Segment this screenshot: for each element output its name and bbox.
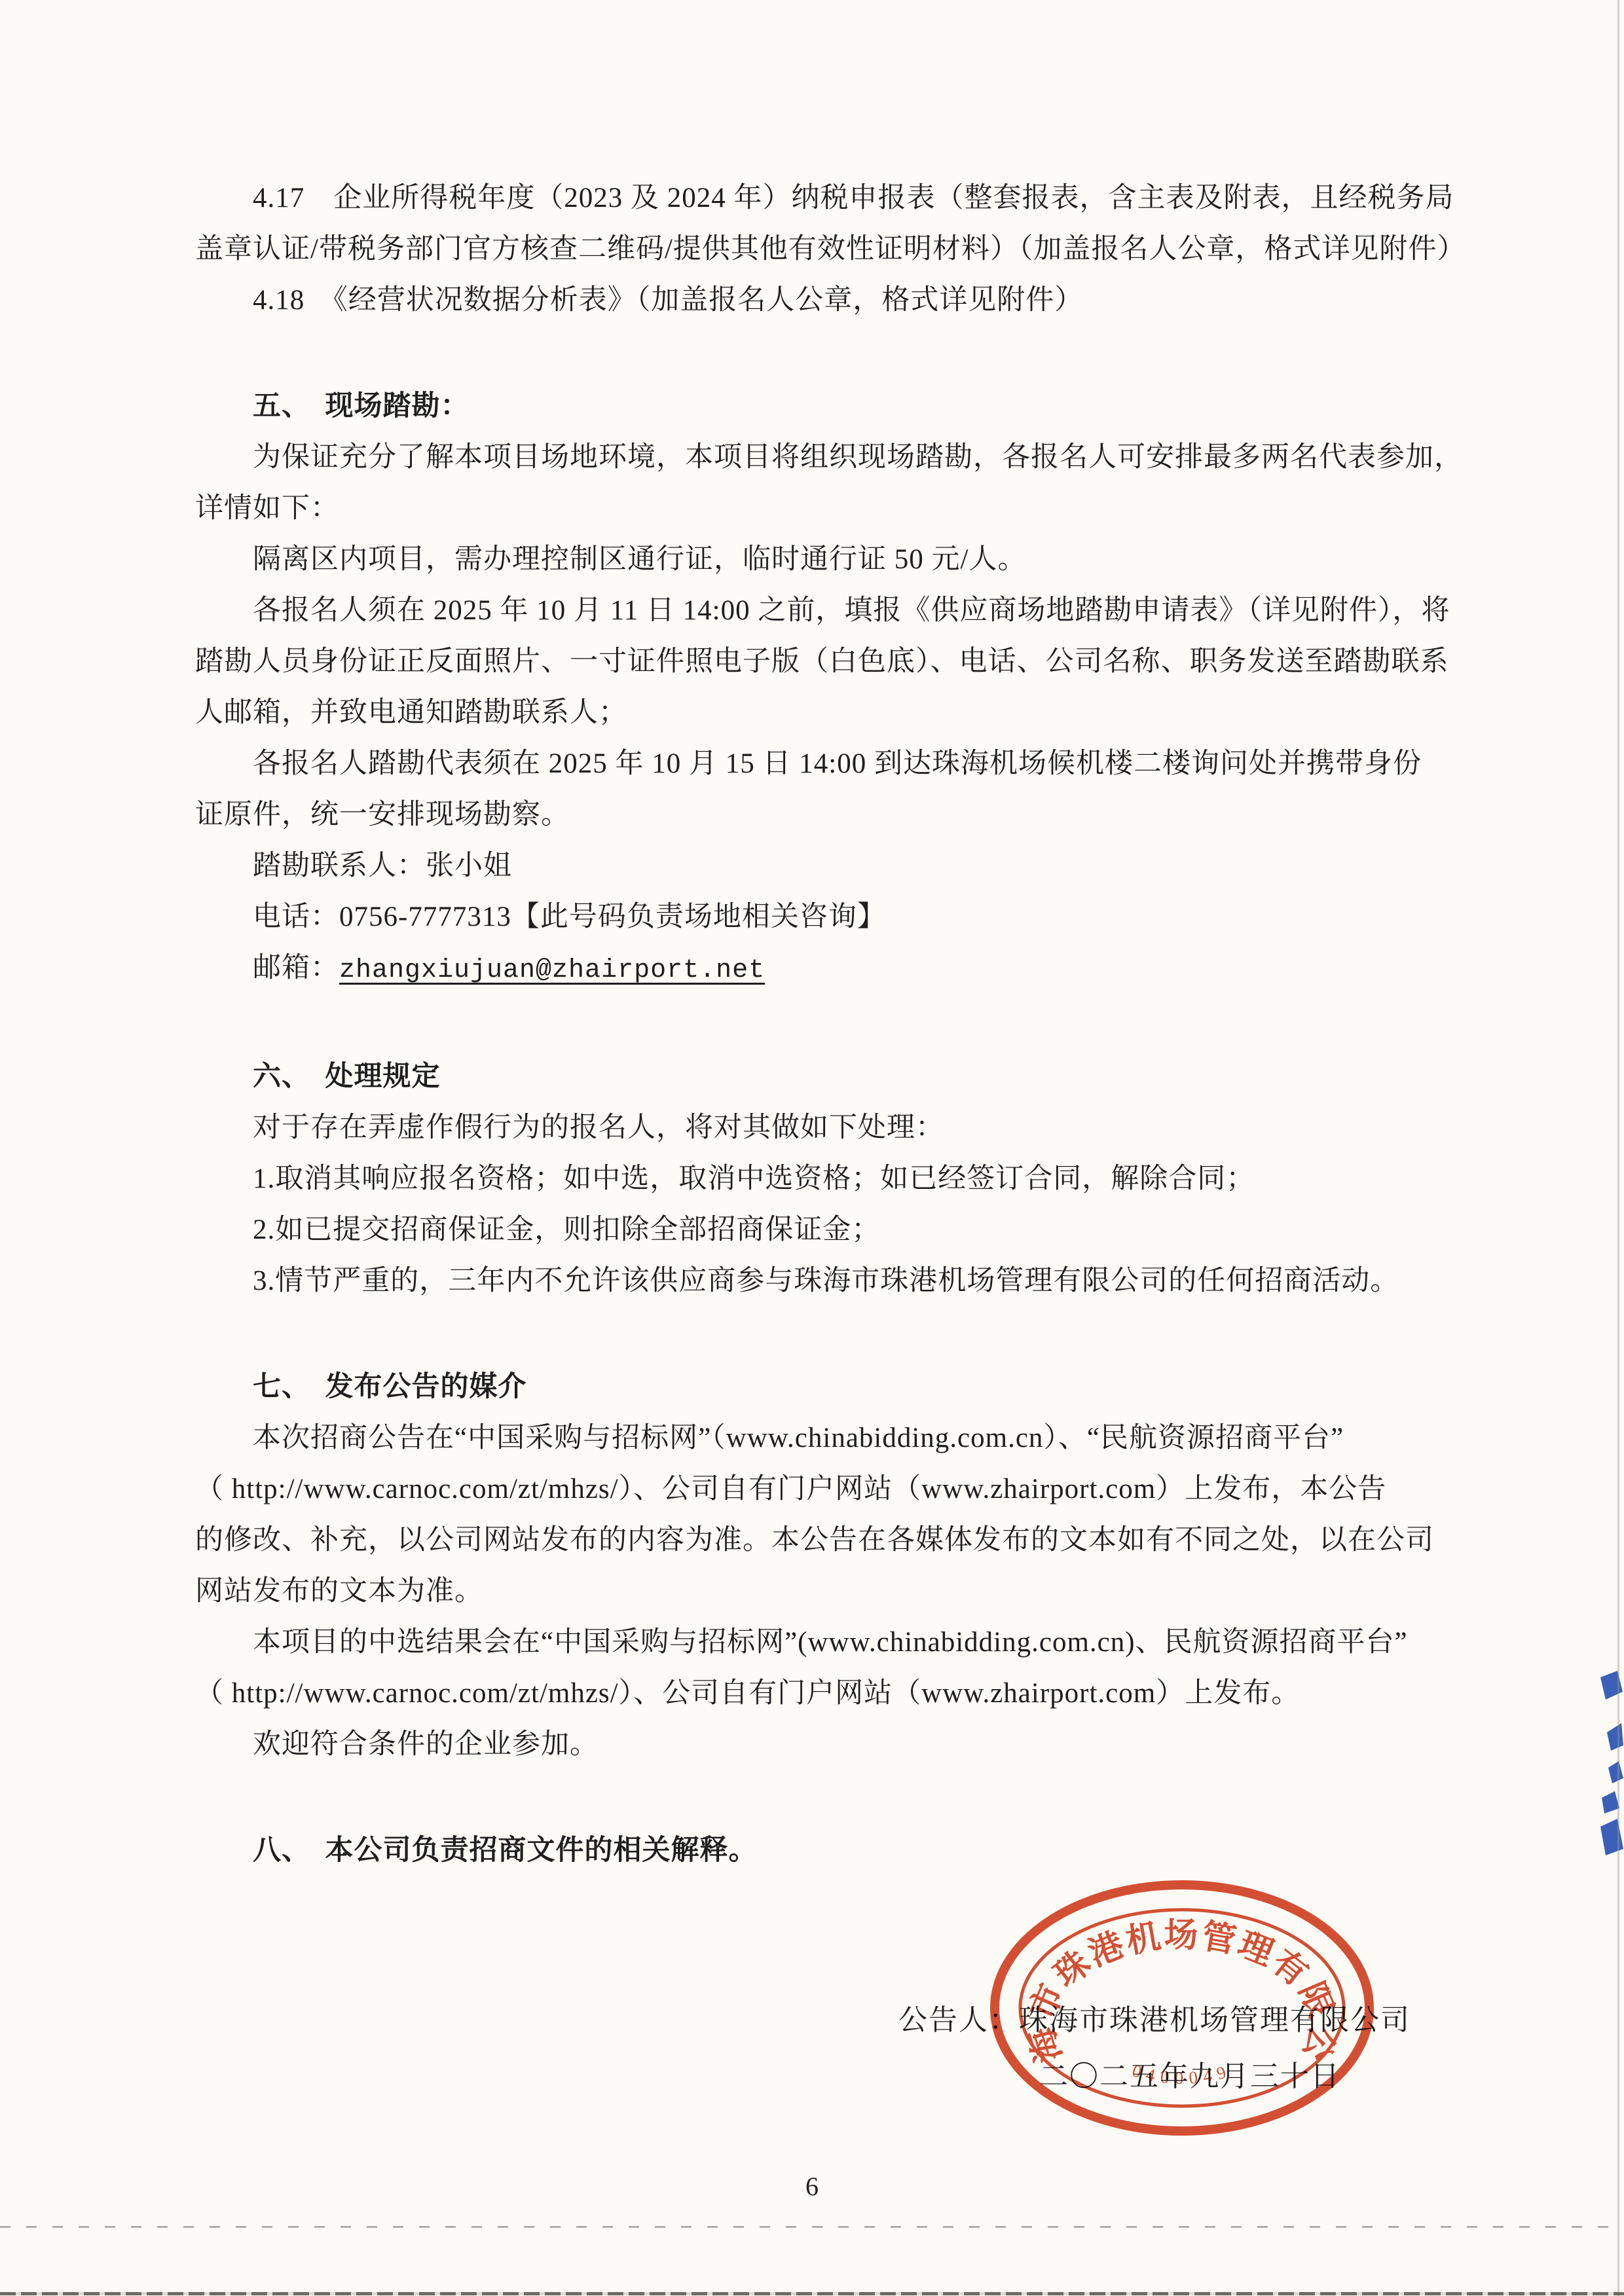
email-address: zhangxiujuan@zhairport.net <box>339 956 765 985</box>
scan-artifact-bottom-edge <box>0 2292 1624 2295</box>
seal-serial-number: 0400049 <box>1130 2060 1234 2088</box>
section-8-heading: 八、 本公司负责招商文件的相关解释。 <box>195 1825 1433 1876</box>
document-line: 踏勘人员身份证正反面照片、一寸证件照电子版（白色底）、电话、公司名称、职务发送至… <box>195 636 1433 687</box>
company-seal-stamp: 珠海市珠港机场管理有限公司 0400049 <box>986 1878 1378 2138</box>
scan-artifact-dashed-line <box>0 2226 1624 2228</box>
section-7-heading: 七、 发布公告的媒介 <box>195 1362 1433 1413</box>
document-line: 本次招商公告在“中国采购与招标网”（www.chinabidding.com.c… <box>195 1413 1433 1464</box>
document-body: 4.17 企业所得税年度（2023 及 2024 年）纳税申报表（整套报表，含主… <box>0 0 1624 1876</box>
document-line: 证原件，统一安排现场勘察。 <box>195 790 1433 841</box>
line-item-4-17-cont: 盖章认证/带税务部门官方核查二维码/提供其他有效性证明材料）（加盖报名人公章，格… <box>195 224 1433 275</box>
penalty-item-3: 3.情节严重的，三年内不允许该供应商参与珠海市珠港机场管理有限公司的任何招商活动… <box>195 1256 1433 1307</box>
penalty-item-2: 2.如已提交招商保证金，则扣除全部招商保证金； <box>195 1205 1433 1256</box>
scan-artifact-vertical-line <box>1617 0 1619 2296</box>
line-item-4-17: 4.17 企业所得税年度（2023 及 2024 年）纳税申报表（整套报表，含主… <box>195 173 1433 224</box>
document-line: 欢迎符合条件的企业参加。 <box>195 1719 1433 1770</box>
penalty-item-1: 1.取消其响应报名资格；如中选，取消中选资格；如已经签订合同，解除合同； <box>195 1154 1433 1205</box>
document-line: 人邮箱，并致电通知踏勘联系人； <box>195 687 1433 738</box>
document-line: 对于存在弄虚作假行为的报名人，将对其做如下处理： <box>195 1102 1433 1154</box>
document-line: 详情如下： <box>195 483 1433 534</box>
document-line: （ http://www.carnoc.com/zt/mhzs/）、公司自有门户… <box>195 1464 1433 1515</box>
page-number: 6 <box>0 2171 1624 2202</box>
document-line: 本项目的中选结果会在“中国采购与招标网”(www.chinabidding.co… <box>195 1617 1433 1668</box>
phone-line: 电话：0756-7777313【此号码负责场地相关咨询】 <box>195 892 1433 943</box>
line-item-4-18: 4.18 《经营状况数据分析表》（加盖报名人公章，格式详见附件） <box>195 275 1433 326</box>
document-line: 各报名人须在 2025 年 10 月 11 日 14:00 之前，填报《供应商场… <box>195 585 1433 636</box>
document-line: 隔离区内项目，需办理控制区通行证，临时通行证 50 元/人。 <box>195 534 1433 585</box>
section-6-heading: 六、 处理规定 <box>195 1051 1433 1102</box>
section-5-heading: 五、 现场踏勘： <box>195 381 1433 432</box>
document-page: 4.17 企业所得税年度（2023 及 2024 年）纳税申报表（整套报表，含主… <box>0 0 1624 2296</box>
document-line: 为保证充分了解本项目场地环境，本项目将组织现场踏勘，各报名人可安排最多两名代表参… <box>195 432 1433 483</box>
blue-ink-marks <box>1595 1669 1624 1866</box>
email-label: 邮箱： <box>253 953 339 983</box>
document-line: 各报名人踏勘代表须在 2025 年 10 月 15 日 14:00 到达珠海机场… <box>195 738 1433 790</box>
email-line: 邮箱：zhangxiujuan@zhairport.net <box>195 943 1433 996</box>
svg-text:0400049: 0400049 <box>1130 2060 1234 2088</box>
survey-contact-line: 踏勘联系人：张小姐 <box>195 841 1433 892</box>
document-line: （ http://www.carnoc.com/zt/mhzs/）、公司自有门户… <box>195 1668 1433 1719</box>
document-line: 网站发布的文本为准。 <box>195 1566 1433 1617</box>
document-line: 的修改、补充，以公司网站发布的内容为准。本公告在各媒体发布的文本如有不同之处，以… <box>195 1515 1433 1566</box>
